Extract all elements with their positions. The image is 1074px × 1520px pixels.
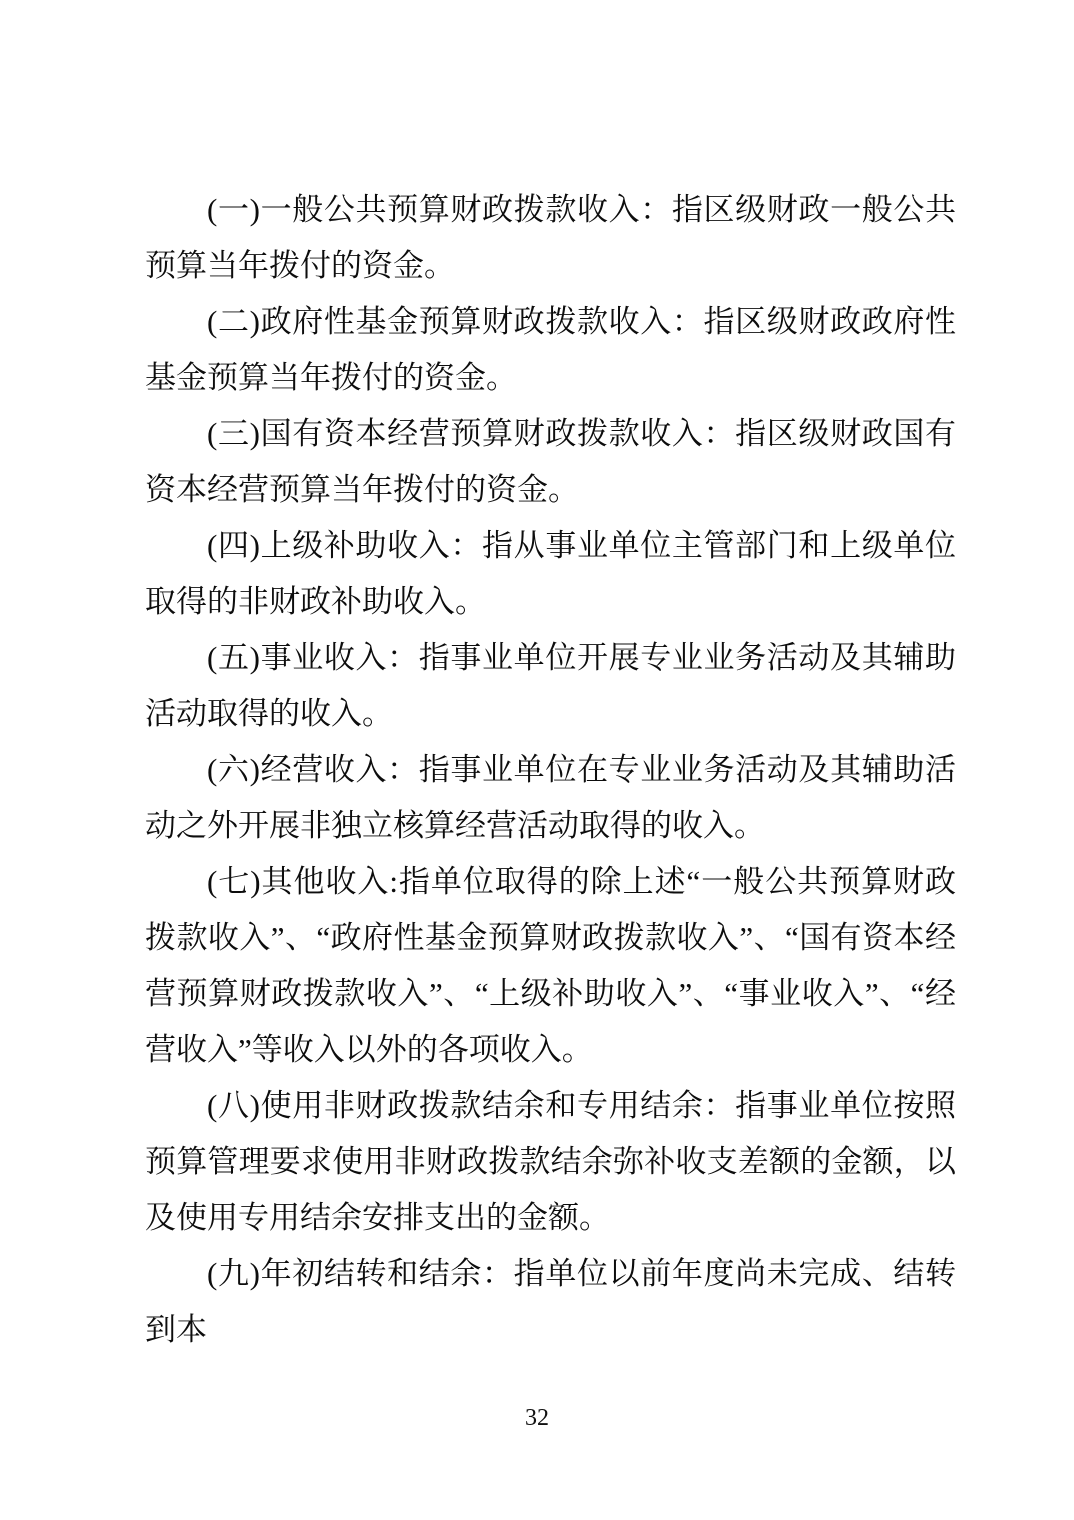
paragraph-income-operating: (六)经营收入：指事业单位在专业业务活动及其辅助活动之外开展非独立核算经营活动取… <box>145 742 956 854</box>
paragraph-income-other: (七)其他收入:指单位取得的除上述“一般公共预算财政拨款收入”、“政府性基金预算… <box>145 854 956 1078</box>
page-footer: 32 <box>0 1403 1074 1433</box>
document-body: (一)一般公共预算财政拨款收入：指区级财政一般公共预算当年拨付的资金。 (二)政… <box>145 182 956 1358</box>
page-number: 32 <box>525 1405 549 1431</box>
paragraph-carryover-beginning-of-year: (九)年初结转和结余：指单位以前年度尚未完成、结转到本 <box>145 1246 956 1358</box>
paragraph-income-general-public-budget: (一)一般公共预算财政拨款收入：指区级财政一般公共预算当年拨付的资金。 <box>145 182 956 294</box>
document-page: (一)一般公共预算财政拨款收入：指区级财政一般公共预算当年拨付的资金。 (二)政… <box>0 0 1074 1520</box>
paragraph-use-of-non-fiscal-surplus: (八)使用非财政拨款结余和专用结余：指事业单位按照预算管理要求使用非财政拨款结余… <box>145 1078 956 1246</box>
paragraph-income-government-fund-budget: (二)政府性基金预算财政拨款收入：指区级财政政府性基金预算当年拨付的资金。 <box>145 294 956 406</box>
paragraph-income-state-capital-budget: (三)国有资本经营预算财政拨款收入：指区级财政国有资本经营预算当年拨付的资金。 <box>145 406 956 518</box>
paragraph-income-public-institution: (五)事业收入：指事业单位开展专业业务活动及其辅助活动取得的收入。 <box>145 630 956 742</box>
paragraph-income-superior-subsidy: (四)上级补助收入：指从事业单位主管部门和上级单位取得的非财政补助收入。 <box>145 518 956 630</box>
